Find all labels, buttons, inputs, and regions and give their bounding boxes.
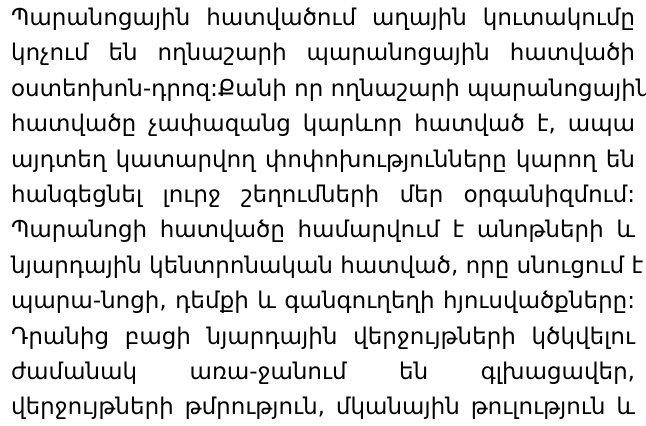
text-line: Պարանոցի հատվածը համարվում է անոթների և [11, 213, 635, 248]
text-line: կոչում են ողնաշարի պարանոցային հատվածի [11, 36, 635, 71]
text-line: Դրանից բացի նյարդային վերջույթների կծկվե… [11, 320, 635, 355]
text-line: հատվածը չափազանց կարևոր հատված է, ապա [11, 107, 635, 142]
text-line: օստեոխոն-դրոզ:Քանի որ ողնաշարի պարանոցայ… [11, 72, 635, 107]
text-line: ժամանակ առա-ջանում են գլխացավեր, [11, 355, 635, 390]
document-text-block: Պարանոցային հատվածում աղային կուտակումը … [0, 0, 646, 426]
text-line: Պարանոցային հատվածում աղային կուտակումը [11, 1, 635, 36]
text-line: այդտեղ կատարվող փոփոխությունները կարող ե… [11, 143, 635, 178]
text-line: վերջույթների թմրություն, մկանային թուլու… [11, 390, 635, 425]
text-line: հանգեցնել լուրջ շեղումների մեր օրգանիզմո… [11, 178, 635, 213]
text-line: պարա-նոցի, դեմքի և գանգուղեղի հյուսվածքն… [11, 284, 635, 319]
text-line: նյարդային կենտրոնական հատված, որը սնուցո… [11, 249, 635, 284]
